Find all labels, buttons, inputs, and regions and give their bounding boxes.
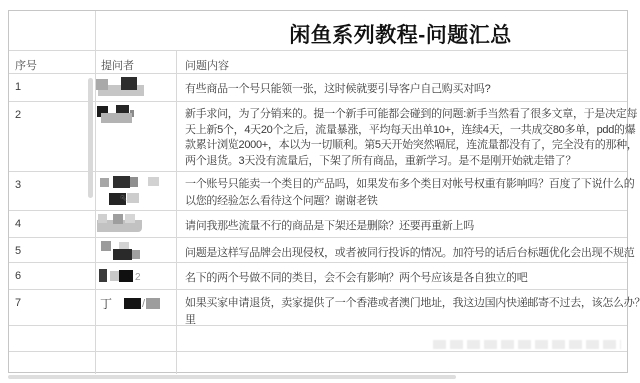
asker-cell: ↖	[96, 172, 177, 210]
asker-cell: 2	[96, 263, 177, 289]
question-line: 有些商品一个号只能领一张，这时候就要引导客户自己购买对吗?	[185, 81, 627, 97]
redacted-name-block	[130, 177, 138, 187]
asker-cell: 丁 /	[96, 290, 177, 325]
redacted-name-block	[98, 214, 107, 223]
redacted-name-block	[99, 269, 107, 282]
question-cell: 如果买家申请退货，卖家提供了一个香港或者澳门地址，我这边国内快递邮寄不过去，该怎…	[177, 290, 640, 325]
question-line: 以您的经验怎么看待这个问题？谢谢老铁	[185, 193, 634, 210]
question-cell: 有些商品一个号只能领一张，这时候就要引导客户自己购买对吗?	[177, 74, 627, 101]
question-line: 两个退货。3天没有流量后，下架了所有商品，重新学习。是不是刚开始就走错了？	[185, 154, 638, 170]
serial-cell: 2	[9, 102, 96, 171]
question-cell: 问题是这样写品牌会出现侵权，或者被同行投诉的情况。加符号的话后台标题优化会出现不…	[177, 238, 634, 262]
serial-cell: 4	[9, 211, 96, 237]
bottom-scrollbar[interactable]	[8, 375, 456, 379]
serial-cell: 3	[9, 172, 96, 210]
question-line: 一个账号只能卖一个类目的产品吗，如果发布多个类目对帐号权重有影响吗？百度了下说什…	[185, 176, 634, 193]
question-line: 问题是这样写品牌会出现侵权，或者被同行投诉的情况。加符号的话后台标题优化会出现不…	[185, 245, 634, 261]
question-line: 天上新5个，4天20个之后，流量暴涨，平均每天出单10+，连续4天，一共成交80…	[185, 123, 638, 139]
redacted-name-block	[121, 77, 137, 90]
column-header-no: 序号	[9, 51, 96, 73]
question-cell: 名下的两个号做不同的类目，会不会有影响？两个号应该是各自独立的吧	[177, 263, 627, 289]
redacted-name-block	[146, 298, 160, 309]
table-row: 7 丁 / 如果买家申请退货，卖家提供了一个香港或者澳门地址，我这边国内快递邮寄…	[9, 290, 627, 326]
asker-cell	[96, 74, 177, 101]
redacted-name-block	[110, 271, 119, 281]
page-title: 闲鱼系列教程-问题汇总	[96, 11, 627, 50]
question-summary-table: 闲鱼系列教程-问题汇总 序号 提问者 问题内容 1 有些商品一个号只能领一张，这…	[8, 10, 628, 373]
serial-cell: 6	[9, 263, 96, 289]
redacted-name-block	[113, 176, 130, 188]
serial-cell: 1	[9, 74, 96, 101]
question-line: 新手求问，为了分销来的。提一个新手可能都会碰到的问题:新手当然看了很多文章，于是…	[185, 107, 638, 123]
table-row: 3 ↖ 一个账号只能卖一个类目的产品吗，如果发布多个类目对帐号权重有影响吗？百度…	[9, 172, 627, 211]
question-line: 请问我那些流量不行的商品是下架还是删除？还要再重新上吗	[185, 218, 627, 234]
question-line: 如果买家申请退货，卖家提供了一个香港或者澳门地址，我这边国内快递邮寄不过去，该怎…	[185, 295, 640, 312]
asker-cell	[96, 238, 177, 262]
question-line: 款累计浏览2000+，本以为一切顺利。第5天开始突然嗝屁，连流量都没有了，完全没…	[185, 138, 638, 154]
question-cell: 请问我那些流量不行的商品是下架还是删除？还要再重新上吗	[177, 211, 627, 237]
table-row: 5 问题是这样写品牌会出现侵权，或者被同行投诉的情况。加符号的话后台标题优化会出…	[9, 238, 627, 263]
serial-cell: 7	[9, 290, 96, 325]
asker-cell	[96, 211, 177, 237]
redacted-name-block	[96, 79, 108, 90]
table-row: 6 2 名下的两个号做不同的类目，会不会有影响？两个号应该是各自独立的吧	[9, 263, 627, 290]
table-row: 4 请问我那些流量不行的商品是下架还是删除？还要再重新上吗	[9, 211, 627, 238]
column-header-asker: 提问者	[96, 51, 177, 73]
faint-watermark	[433, 340, 621, 349]
table-row: 1 有些商品一个号只能领一张，这时候就要引导客户自己购买对吗?	[9, 74, 627, 102]
redacted-name-block	[113, 214, 123, 224]
mouse-cursor-icon: ↖	[120, 194, 128, 203]
redacted-name-block	[113, 249, 132, 260]
redacted-name-block	[124, 298, 141, 309]
title-row-empty-cell	[9, 11, 96, 50]
redacted-name-block	[101, 241, 111, 251]
question-line: 名下的两个号做不同的类目，会不会有影响？两个号应该是各自独立的吧	[185, 270, 627, 286]
redacted-name-block	[101, 113, 132, 123]
redacted-name-block	[119, 270, 133, 282]
asker-separator: /	[142, 299, 145, 310]
redacted-name-block	[148, 177, 159, 186]
table-header-row: 序号 提问者 问题内容	[9, 51, 627, 74]
question-cell: 一个账号只能卖一个类目的产品吗，如果发布多个类目对帐号权重有影响吗？百度了下说什…	[177, 172, 634, 210]
question-cell: 新手求问，为了分销来的。提一个新手可能都会碰到的问题:新手当然看了很多文章，于是…	[177, 102, 638, 171]
redacted-name-block	[132, 250, 140, 259]
redacted-name-block	[127, 193, 139, 203]
column-header-question: 问题内容	[177, 51, 627, 73]
title-row: 闲鱼系列教程-问题汇总	[9, 11, 627, 51]
redaction-streak	[88, 78, 93, 198]
asker-visible-char: 丁	[100, 298, 112, 310]
table-row: 2 新手求问，为了分销来的。提一个新手可能都会碰到的问题:新手当然看了很多文章，…	[9, 102, 627, 172]
serial-cell: 5	[9, 238, 96, 262]
redacted-name-block	[100, 178, 109, 187]
redacted-name-block	[125, 214, 135, 223]
asker-cell	[96, 102, 177, 171]
asker-visible-char: 2	[135, 273, 141, 283]
empty-table-row	[9, 352, 627, 374]
